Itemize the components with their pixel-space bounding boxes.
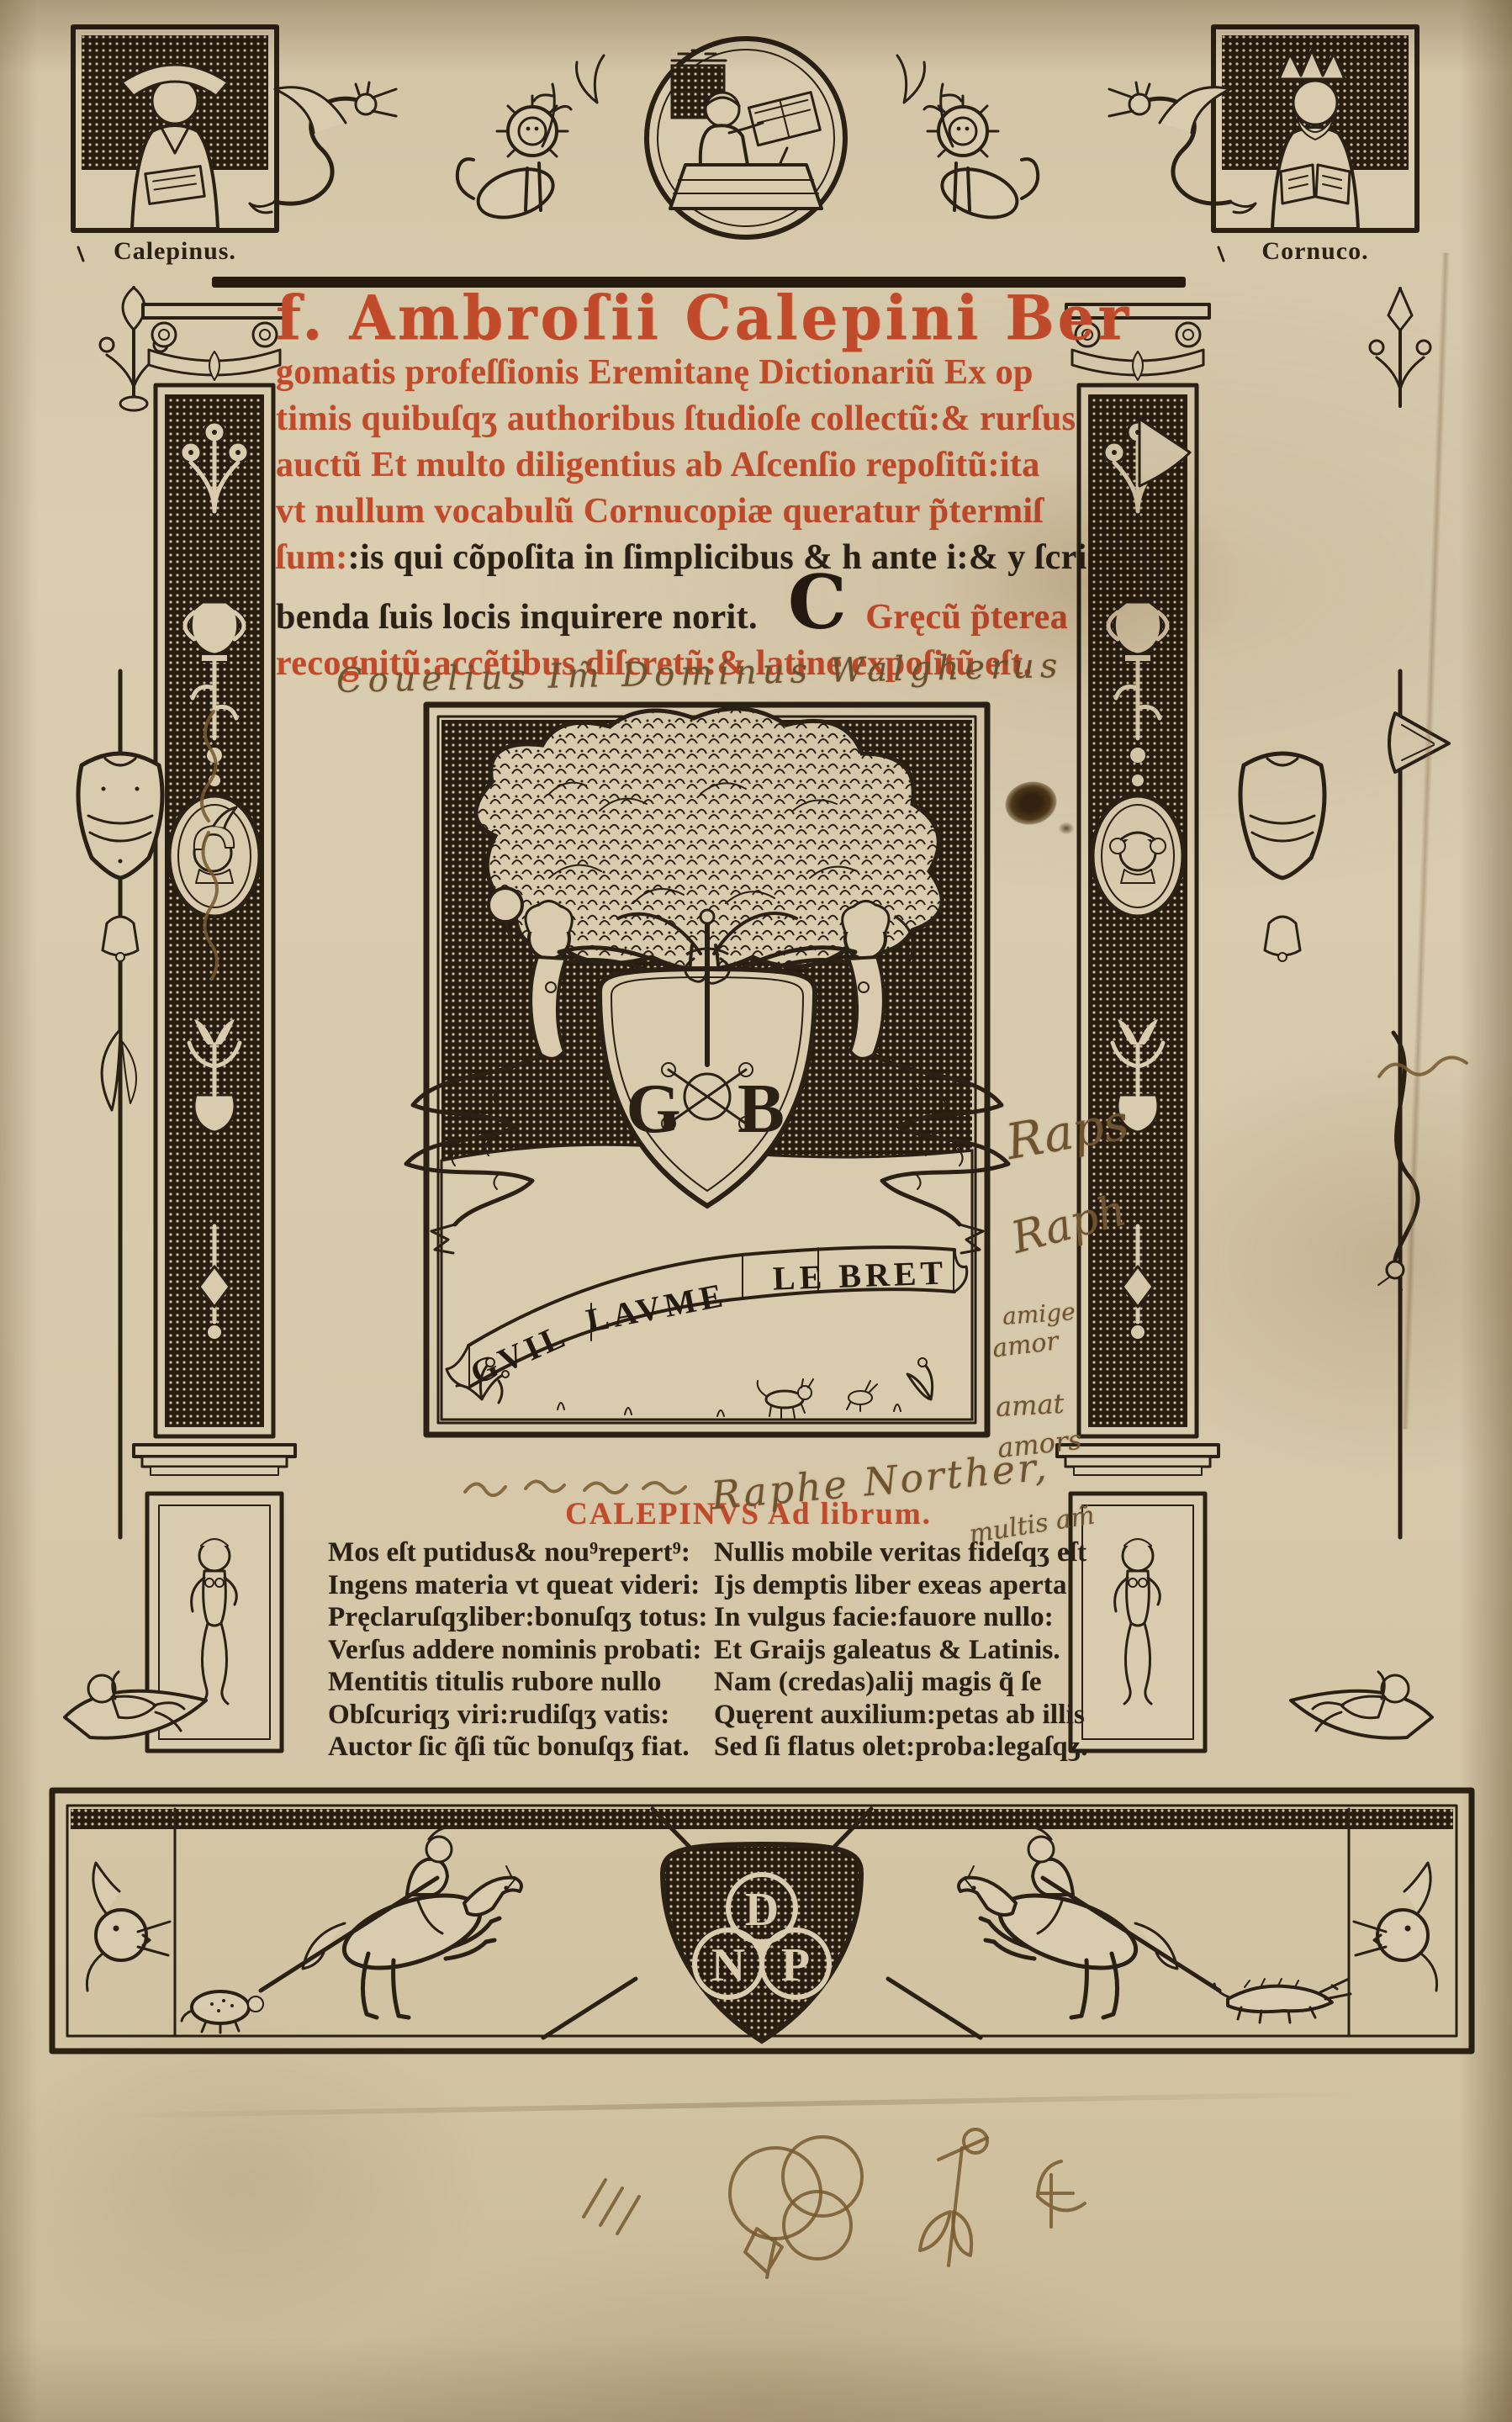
caption-cornuco: Cornuco. — [1261, 237, 1368, 265]
verse-line: Mos eſt putidus& nou⁹repert⁹: — [328, 1536, 708, 1569]
horseman-left — [261, 1827, 521, 2017]
portrait-cornucopia: Cornuco. — [1213, 27, 1417, 265]
finial-right — [1370, 288, 1430, 406]
central-woodcut-device: G B GVIL LAVME LE BRET — [423, 701, 991, 1438]
circles-doodle — [730, 2137, 862, 2277]
title-line-7: benda ſuis locis inquirere norit. C Gręc… — [276, 581, 1075, 641]
verse-line: Quęrent auxilium:petas ab illis — [714, 1699, 1094, 1732]
capitulum-mark: C — [788, 581, 847, 623]
right-border-woodcut — [1064, 276, 1467, 1785]
verse-line: Auctor ſic q̃ſi tũc bonuſqʒ fiat. — [328, 1731, 708, 1764]
top-frieze-woodcut: Calepinus. Cornuco. — [46, 22, 1469, 264]
verse-column-right: Nullis mobile veritas fideſqʒ eſt Ijs de… — [714, 1536, 1094, 1764]
medallion-female-head — [1092, 796, 1183, 917]
capital-left — [143, 304, 286, 380]
margin-note-amat: amat — [995, 1388, 1065, 1423]
putto-right — [1291, 1672, 1432, 1738]
margin-note-amige: amige — [1002, 1298, 1076, 1330]
ink-speck — [1055, 820, 1077, 837]
title-block: f. Ambroſii Calepini Ber gomatis profeſſ… — [276, 284, 1075, 687]
title-line-7-black: benda ſuis locis inquirere norit. — [276, 595, 758, 641]
title-line-6-black: :is qui cõpoſita in ſimplicibus & h ante… — [348, 538, 1087, 577]
title-line-gothic: f. Ambroſii Calepini Ber — [276, 284, 1075, 354]
left-margin-scribbles — [183, 706, 242, 992]
verse-line: Sed ſi flatus olet:proba:legaſqʒ. — [714, 1731, 1094, 1764]
left-border-woodcut — [46, 276, 282, 1785]
printer-mark-shield: D N P — [543, 1809, 981, 2041]
verse-line: Nullis mobile veritas fideſqʒ eſt — [714, 1536, 1094, 1569]
lion-right — [924, 84, 1038, 226]
horseman-right — [959, 1827, 1219, 2017]
verse-line: Ijs demptis liber exeas aperta — [714, 1569, 1094, 1602]
title-line-3: timis quibuſqʒ authoribus ſtudioſe colle… — [276, 396, 1075, 442]
scanned-title-page: Calepinus. Cornuco. — [0, 0, 1512, 2422]
grotesque-left — [87, 1863, 170, 1991]
verse-column-left: Mos eſt putidus& nou⁹repert⁹: Ingens mat… — [328, 1536, 708, 1764]
printer-letter-d: D — [745, 1884, 779, 1936]
verse-line: In vulgus facie:fauore nullo: — [714, 1601, 1094, 1634]
right-margin-scribble — [1371, 1034, 1480, 1110]
caption-calepinus: Calepinus. — [114, 237, 236, 265]
verse-line: Pręclaruſqʒliber:bonuſqʒ totus: — [328, 1601, 708, 1634]
verse-line: Obſcuriqʒ viri:rudiſqʒ vatis: — [328, 1699, 708, 1732]
lion-left — [457, 84, 571, 226]
verse-line: Mentitis titulis rubore nullo — [328, 1666, 708, 1699]
bottom-frieze-woodcut: D N P — [49, 1787, 1475, 2054]
armor-trophy-left — [78, 671, 162, 1537]
title-line-6: ſum::is qui cõpoſita in ſimplicibus & h … — [276, 535, 1075, 581]
medallion-scholar — [647, 39, 845, 237]
verse-line: Ingens materia vt queat videri: — [328, 1569, 708, 1602]
printer-letter-p: P — [781, 1939, 810, 1991]
portrait-calepinus: Calepinus. — [73, 27, 277, 265]
grotesque-right — [1354, 1863, 1437, 1991]
arrow-mark-doodle — [920, 2129, 987, 2266]
title-line-5: vt nullum vocabulũ Cornucopiæ queratur p… — [276, 489, 1075, 535]
bottom-ink-doodles — [565, 2113, 1120, 2306]
title-line-6-red: ſum: — [276, 538, 348, 577]
verse-line: Et Graijs galeatus & Latinis. — [714, 1634, 1094, 1667]
monogram-doodle — [1038, 2161, 1085, 2227]
verse-line: Verſus addere nominis probati: — [328, 1634, 708, 1667]
banner-text-3: LE BRET — [772, 1253, 948, 1297]
turtle-creature — [182, 1991, 263, 2033]
monogram-letter-g: G — [626, 1070, 680, 1148]
wolf-creature — [1214, 1979, 1351, 2023]
margin-note-amor: amor — [991, 1326, 1060, 1363]
monogram-letter-b: B — [737, 1070, 785, 1148]
title-line-7-red: Gręcũ p̃terea — [865, 595, 1068, 641]
title-line-4: auctũ Et multo diligentius ab Aſcenſio r… — [276, 442, 1075, 489]
title-line-2: gomatis profeſſionis Eremitanę Dictionar… — [276, 350, 1075, 396]
verse-line: Nam (credas)alij magis q̃ ſe — [714, 1666, 1094, 1699]
printer-letter-n: N — [711, 1939, 745, 1991]
